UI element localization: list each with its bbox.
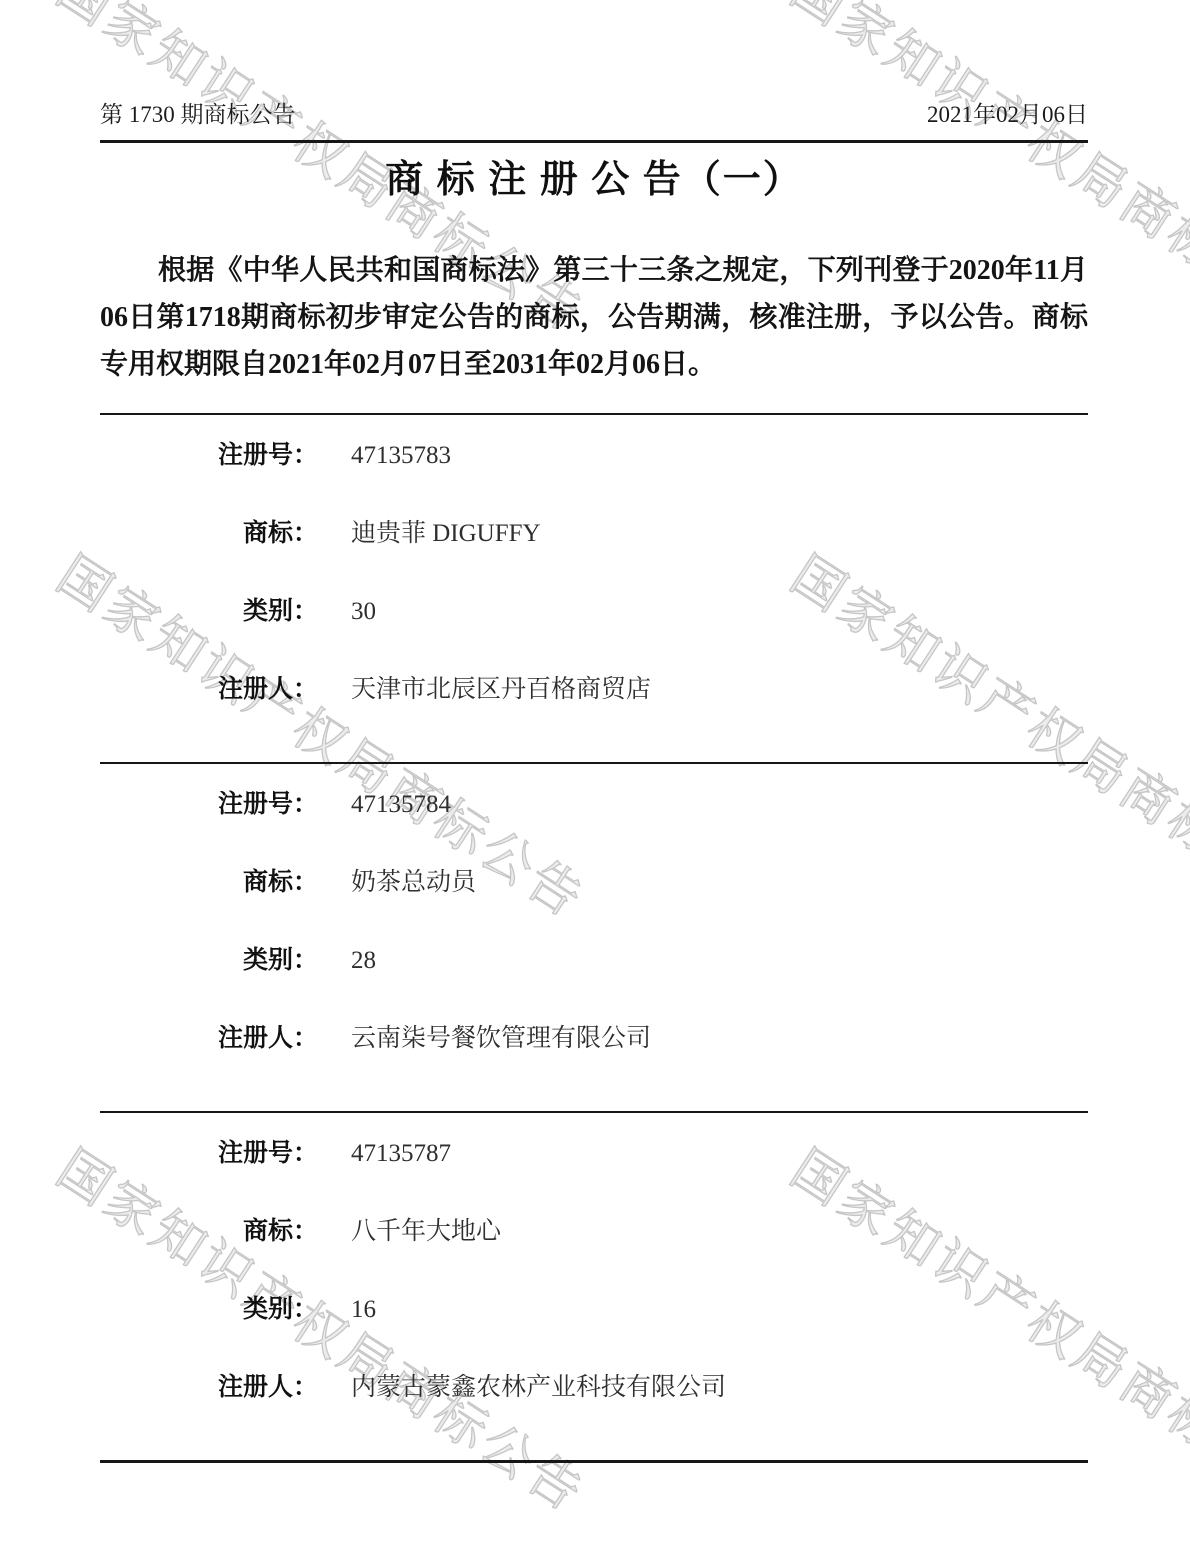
category-row: 类别： 30 <box>100 597 1088 675</box>
trademark-entry: 注册号： 47135787 商标： 八千年大地心 类别： 16 注册人： 内蒙古… <box>100 1111 1088 1460</box>
trademark-entry: 注册号： 47135784 商标： 奶茶总动员 类别： 28 注册人： 云南柒号… <box>100 762 1088 1111</box>
trademark-row: 商标： 奶茶总动员 <box>100 868 1088 946</box>
registrant-row: 注册人： 天津市北辰区丹百格商贸店 <box>100 675 1088 753</box>
document-page: 国家知识产权局商标公告 国家知识产权局商标公告 国家知识产权局商标公告 国家知识… <box>0 0 1190 1564</box>
entries-section: 注册号： 47135783 商标： 迪贵菲 DIGUFFY 类别： 30 注册人… <box>100 413 1088 1463</box>
category-row: 类别： 28 <box>100 946 1088 1024</box>
registrant-label: 注册人： <box>100 1024 318 1054</box>
trademark-row: 商标： 迪贵菲 DIGUFFY <box>100 519 1088 597</box>
category-label: 类别： <box>100 1295 318 1325</box>
trademark-value: 迪贵菲 DIGUFFY <box>351 519 541 549</box>
page-title: 商 标 注 册 公 告（一） <box>100 158 1088 202</box>
trademark-label: 商标： <box>100 1217 318 1247</box>
category-value: 30 <box>351 597 376 627</box>
issue-label: 第 1730 期商标公告 <box>100 96 296 129</box>
header-divider <box>100 140 1088 143</box>
intro-paragraph: 根据《中华人民共和国商标法》第三十三条之规定，下列刊登于2020年11月06日第… <box>100 247 1088 388</box>
reg-no-label: 注册号： <box>100 441 318 471</box>
category-value: 28 <box>351 946 376 976</box>
trademark-value: 奶茶总动员 <box>351 868 476 898</box>
trademark-row: 商标： 八千年大地心 <box>100 1217 1088 1295</box>
registrant-label: 注册人： <box>100 675 318 705</box>
category-label: 类别： <box>100 597 318 627</box>
registrant-value: 云南柒号餐饮管理有限公司 <box>351 1024 651 1054</box>
registrant-row: 注册人： 云南柒号餐饮管理有限公司 <box>100 1024 1088 1102</box>
reg-no-label: 注册号： <box>100 1139 318 1169</box>
registrant-label: 注册人： <box>100 1373 318 1403</box>
trademark-entry: 注册号： 47135783 商标： 迪贵菲 DIGUFFY 类别： 30 注册人… <box>100 413 1088 762</box>
publication-date: 2021年02月06日 <box>927 96 1088 129</box>
reg-no-value: 47135784 <box>351 790 451 820</box>
reg-no-label: 注册号： <box>100 790 318 820</box>
reg-no-value: 47135787 <box>351 1139 451 1169</box>
document-header: 第 1730 期商标公告 2021年02月06日 <box>100 96 1088 129</box>
registrant-value: 天津市北辰区丹百格商贸店 <box>351 675 651 705</box>
page-content: 第 1730 期商标公告 2021年02月06日 商 标 注 册 公 告（一） … <box>100 0 1088 388</box>
registrant-value: 内蒙古蒙鑫农林产业科技有限公司 <box>351 1373 726 1403</box>
trademark-label: 商标： <box>100 868 318 898</box>
registrant-row: 注册人： 内蒙古蒙鑫农林产业科技有限公司 <box>100 1373 1088 1451</box>
category-label: 类别： <box>100 946 318 976</box>
trademark-label: 商标： <box>100 519 318 549</box>
reg-no-row: 注册号： 47135783 <box>100 441 1088 519</box>
reg-no-value: 47135783 <box>351 441 451 471</box>
trademark-value: 八千年大地心 <box>351 1217 501 1247</box>
bottom-divider <box>100 1460 1088 1463</box>
reg-no-row: 注册号： 47135787 <box>100 1139 1088 1217</box>
reg-no-row: 注册号： 47135784 <box>100 790 1088 868</box>
category-value: 16 <box>351 1295 376 1325</box>
category-row: 类别： 16 <box>100 1295 1088 1373</box>
